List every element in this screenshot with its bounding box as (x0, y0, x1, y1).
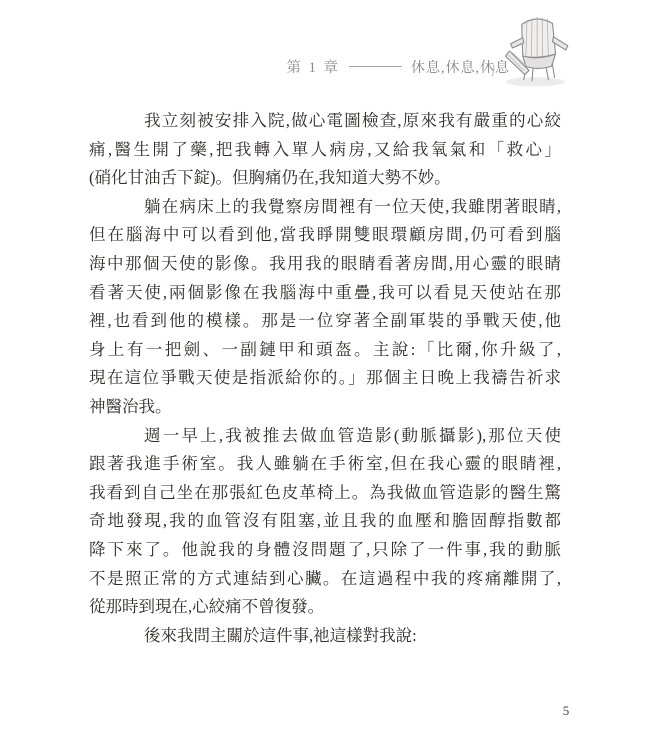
adirondack-chair-icon (489, 12, 575, 90)
paragraph-1: 我立刻被安排入院,做心電圖檢查,原來我有嚴重的心絞 痛,醫生開了藥,把我轉入單人… (89, 107, 561, 193)
book-page: 第 1 章 —— 休息,休息,休息 我立刻被安排入院,做心電圖檢查,原來 (0, 0, 650, 750)
chapter-header: 第 1 章 —— 休息,休息,休息 (0, 56, 510, 77)
text-line: (硝化甘油舌下錠)。但胸痛仍在,我知道大勢不妙。 (89, 164, 561, 193)
body-text: 我立刻被安排入院,做心電圖檢查,原來我有嚴重的心絞 痛,醫生開了藥,把我轉入單人… (89, 107, 561, 650)
text-line: 週一早上,我被推去做血管造影(動脈攝影),那位天使 (89, 422, 561, 451)
chapter-separator-dash: —— (349, 66, 402, 67)
text-line: 我看到自己坐在那張紅色皮革椅上。為我做血管造影的醫生驚 (89, 479, 561, 508)
text-line: 痛,醫生開了藥,把我轉入單人病房,又給我氧氣和「救心」 (89, 136, 561, 165)
text-line: 身上有一把劍、一副鏈甲和頭盔。主說:「比爾,你升級了, (89, 336, 561, 365)
text-line: 奇地發現,我的血管沒有阻塞,並且我的血壓和膽固醇指數都 (89, 507, 561, 536)
paragraph-2: 躺在病床上的我覺察房間裡有一位天使,我雖閉著眼睛, 但在腦海中可以看到他,當我睜… (89, 193, 561, 422)
page-number: 5 (556, 703, 576, 719)
text-line: 神醫治我。 (89, 393, 561, 422)
text-line: 從那時到現在,心絞痛不曾復發。 (89, 593, 561, 622)
text-line: 我立刻被安排入院,做心電圖檢查,原來我有嚴重的心絞 (89, 107, 561, 136)
text-line: 躺在病床上的我覺察房間裡有一位天使,我雖閉著眼睛, (89, 193, 561, 222)
text-line: 現在這位爭戰天使是指派給你的。」那個主日晚上我禱告祈求 (89, 364, 561, 393)
grass-mark (492, 63, 494, 76)
text-line: 不是照正常的方式連結到心臟。在這過程中我的疼痛離開了, (89, 565, 561, 594)
text-line: 但在腦海中可以看到他,當我睜開雙眼環顧房間,仍可看到腦 (89, 221, 561, 250)
text-line: 裡,也看到他的模樣。那是一位穿著全副軍裝的爭戰天使,他 (89, 307, 561, 336)
chapter-number-label: 第 1 章 (287, 56, 341, 77)
paragraph-4: 後來我問主關於這件事,祂這樣對我說: (89, 622, 561, 651)
text-line: 降下來了。他說我的身體沒問題了,只除了一件事,我的動脈 (89, 536, 561, 565)
text-line: 海中那個天使的影像。我用我的眼睛看著房間,用心靈的眼睛 (89, 250, 561, 279)
paragraph-3: 週一早上,我被推去做血管造影(動脈攝影),那位天使 跟著我進手術室。我人雖躺在手… (89, 422, 561, 622)
text-line: 跟著我進手術室。我人雖躺在手術室,但在我心靈的眼睛裡, (89, 450, 561, 479)
text-line: 後來我問主關於這件事,祂這樣對我說: (89, 622, 561, 651)
text-line: 看著天使,兩個影像在我腦海中重疊,我可以看見天使站在那 (89, 279, 561, 308)
